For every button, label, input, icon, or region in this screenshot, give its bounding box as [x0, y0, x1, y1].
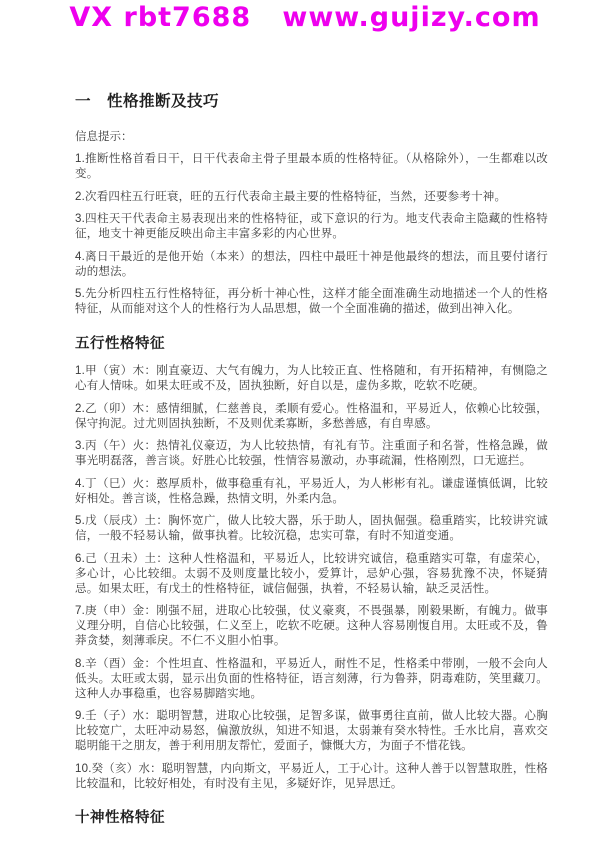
section-heading-shishen: 十神性格特征 [75, 806, 548, 827]
paragraph: 1.推断性格首看日干，日干代表命主骨子里最本质的性格特征。（从格除外），一生都难… [75, 152, 548, 182]
section-heading-wuxing: 五行性格特征 [75, 332, 548, 353]
page-title: 一 性格推断及技巧 [75, 89, 548, 111]
document-content: 一 性格推断及技巧 信息提示： 1.推断性格首看日干，日干代表命主骨子里最本质的… [0, 89, 610, 827]
paragraph: 7.庚（申）金：刚强不屈，进取心比较强，仗义豪爽，不畏强暴，刚毅果断，有魄力。做… [75, 604, 548, 649]
paragraph: 4.离日干最近的是他开始（本来）的想法，四柱中最旺十神是他最终的想法，而且要付诸… [75, 250, 548, 280]
paragraph: 3.四柱天干代表命主易表现出来的性格特征，或下意识的行为。地支代表命主隐藏的性格… [75, 212, 548, 242]
paragraph: 5.先分析四柱五行性格特征，再分析十神心性，这样才能全面准确生动地描述一个人的性… [75, 287, 548, 317]
paragraph: 4.丁（巳）火：憨厚质朴，做事稳重有礼，平易近人，为人彬彬有礼。谦虚谨慎低调，比… [75, 477, 548, 507]
paragraph: 2.乙（卯）木：感情细腻，仁慈善良，柔顺有爱心。性格温和，平易近人，依赖心比较强… [75, 402, 548, 432]
paragraph: 6.己（丑未）土：这种人性格温和，平易近人，比较讲究诚信，稳重踏实可靠，有虚荣心… [75, 552, 548, 597]
paragraph: 3.丙（午）火：热情礼仪豪迈，为人比较热情，有礼有节。注重面子和名誉，性格急躁，… [75, 439, 548, 469]
paragraph: 8.辛（酉）金：个性坦直、性格温和，平易近人，耐性不足，性格柔中带刚，一般不会向… [75, 657, 548, 702]
info-tips-list: 1.推断性格首看日干，日干代表命主骨子里最本质的性格特征。（从格除外），一生都难… [75, 152, 548, 317]
watermark-header: VX rbt7688 www.gujizy.com [0, 2, 610, 33]
wuxing-traits-list: 1.甲（寅）木：刚直豪迈、大气有魄力，为人比较正直、性格随和，有开拓精神，有恻隐… [75, 364, 548, 792]
paragraph: 5.戊（辰戌）土：胸怀宽广，做人比较大器，乐于助人，固执倔强。稳重踏实，比较讲究… [75, 514, 548, 544]
paragraph: 10.癸（亥）水：聪明智慧，内向斯文，平易近人，工于心计。这种人善于以智慧取胜，… [75, 762, 548, 792]
info-label: 信息提示： [75, 128, 548, 144]
paragraph: 1.甲（寅）木：刚直豪迈、大气有魄力，为人比较正直、性格随和，有开拓精神，有恻隐… [75, 364, 548, 394]
paragraph: 2.次看四柱五行旺衰，旺的五行代表命主最主要的性格特征，当然，还要参考十神。 [75, 190, 548, 205]
document-page: VX rbt7688 www.gujizy.com 一 性格推断及技巧 信息提示… [0, 0, 610, 864]
paragraph: 9.壬（子）水：聪明智慧，进取心比较强，足智多谋，做事勇往直前，做人比较大器。心… [75, 709, 548, 754]
